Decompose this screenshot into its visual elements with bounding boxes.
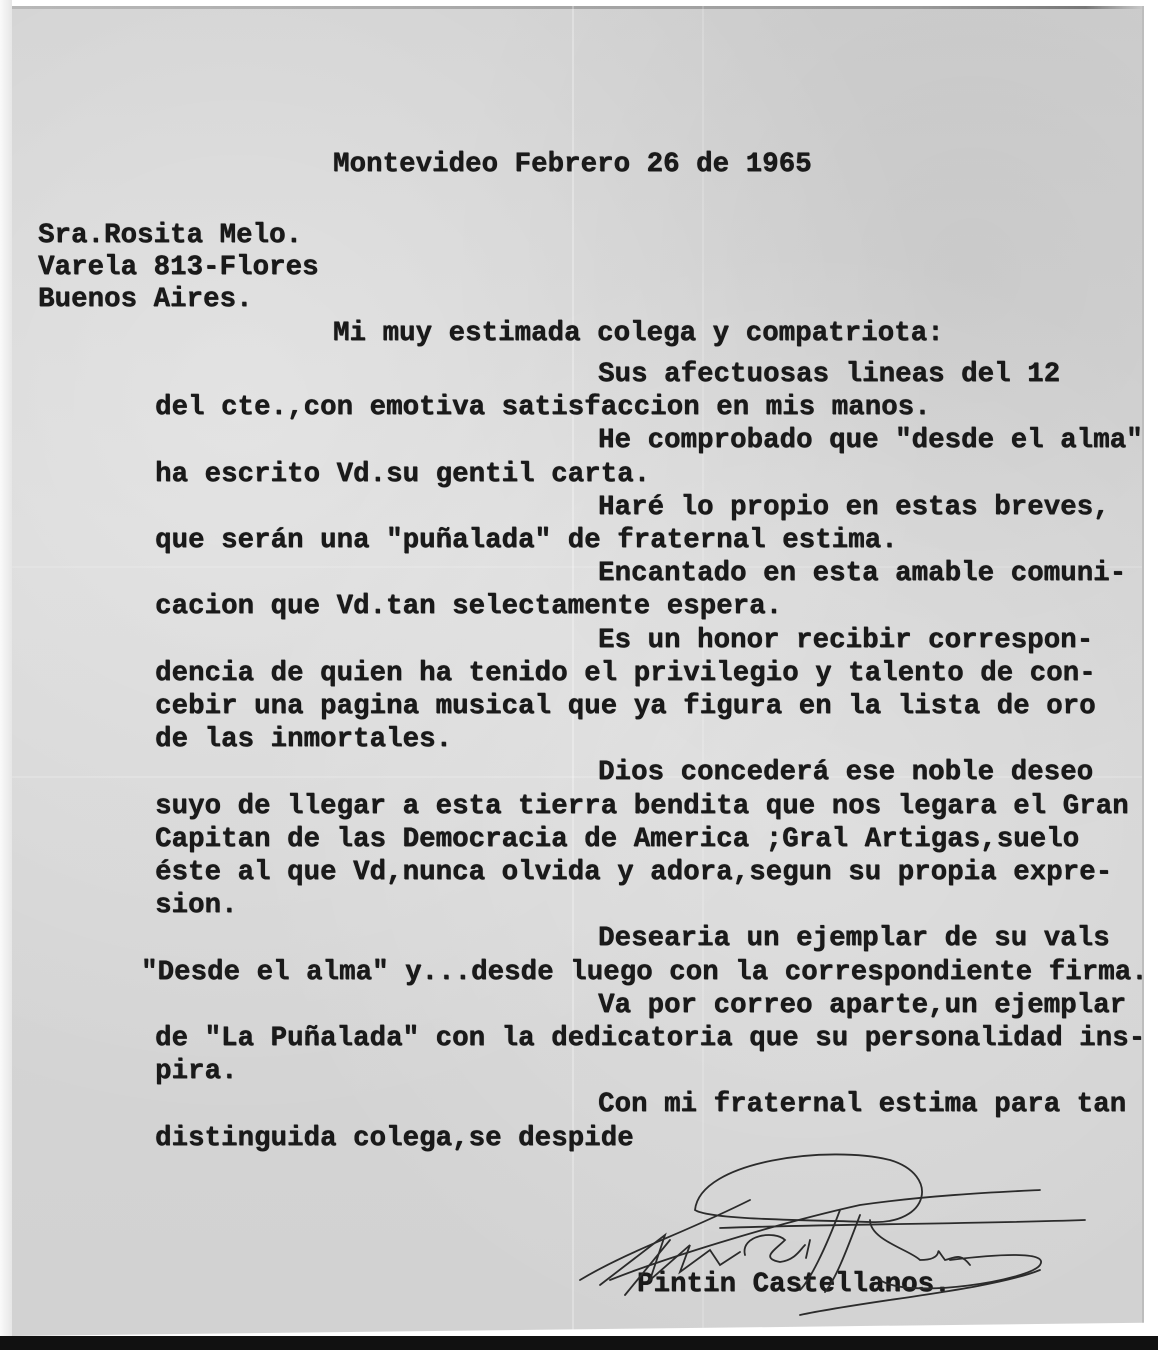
body-line: sion. bbox=[155, 889, 238, 923]
body-line: que serán una "puñalada" de fraternal es… bbox=[155, 524, 898, 558]
body-line-paragraph-start: Va por correo aparte,un ejemplar bbox=[598, 989, 1126, 1023]
body-line: pira. bbox=[155, 1055, 238, 1089]
recipient-city: Buenos Aires. bbox=[38, 283, 253, 317]
body-line: Capitan de las Democracia de America ;Gr… bbox=[155, 823, 1079, 857]
body-line: cacion que Vd.tan selectamente espera. bbox=[155, 590, 782, 624]
recipient-street: Varela 813-Flores bbox=[38, 251, 319, 285]
body-line: de las inmortales. bbox=[155, 723, 452, 757]
body-line: ha escrito Vd.su gentil carta. bbox=[155, 458, 650, 492]
body-line-paragraph-start: Dios concederá ese noble deseo bbox=[598, 756, 1093, 790]
body-line: distinguida colega,se despide bbox=[155, 1122, 634, 1156]
body-line: del cte.,con emotiva satisfaccion en mis… bbox=[155, 391, 931, 425]
body-line: cebir una pagina musical que ya figura e… bbox=[155, 690, 1096, 724]
body-line-paragraph-start: Haré lo propio en estas breves, bbox=[598, 491, 1110, 525]
recipient-name: Sra.Rosita Melo. bbox=[38, 219, 302, 253]
body-line: dencia de quien ha tenido el privilegio … bbox=[155, 657, 1096, 691]
body-line: "Desde el alma" y...desde luego con la c… bbox=[141, 956, 1148, 990]
body-line-paragraph-start: He comprobado que "desde el alma" bbox=[598, 424, 1143, 458]
body-line-paragraph-start: Con mi fraternal estima para tan bbox=[598, 1088, 1126, 1122]
scan-margin-bottom bbox=[0, 1336, 1158, 1350]
body-line-paragraph-start: Es un honor recibir correspon- bbox=[598, 624, 1093, 658]
body-line-paragraph-start: Sus afectuosas lineas del 12 bbox=[598, 358, 1060, 392]
handwritten-signature bbox=[570, 1140, 1130, 1330]
body-line-paragraph-start: Encantado en esta amable comuni- bbox=[598, 557, 1126, 591]
body-line: éste al que Vd,nunca olvida y adora,segu… bbox=[155, 856, 1112, 890]
scan-margin-left bbox=[0, 0, 12, 1340]
body-line-paragraph-start: Desearia un ejemplar de su vals bbox=[598, 922, 1110, 956]
letter-date: Montevideo Febrero 26 de 1965 bbox=[333, 148, 812, 182]
body-line: suyo de llegar a esta tierra bendita que… bbox=[155, 790, 1129, 824]
salutation: Mi muy estimada colega y compatriota: bbox=[333, 317, 944, 351]
body-line: de "La Puñalada" con la dedicatoria que … bbox=[155, 1022, 1145, 1056]
